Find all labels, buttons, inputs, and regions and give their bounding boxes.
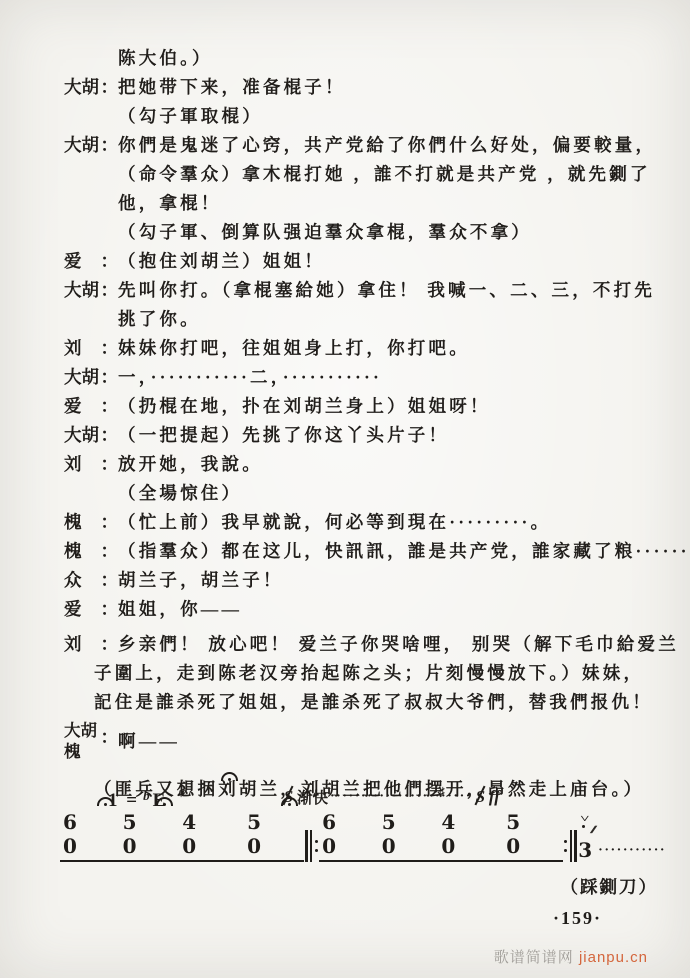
- fermata-icon: [156, 797, 173, 806]
- script-line: 他，拿棍！: [64, 189, 662, 218]
- script-line: 槐： （指羣众）都在这儿，快訊訊，誰是共产党，誰家藏了粮······: [64, 537, 662, 566]
- speaker-colon: ：: [101, 508, 119, 537]
- script-line: （勾子軍取棍）: [64, 102, 662, 131]
- note-digits: 6 0: [60, 810, 120, 862]
- trailing-dots: ···········: [598, 840, 666, 862]
- speaker-name: 刘: [64, 630, 82, 659]
- speaker-label: 槐：: [64, 508, 118, 537]
- note-group: 5 0: [244, 810, 304, 862]
- repeat-dots: [315, 830, 318, 862]
- repeat-bar: [570, 830, 572, 862]
- speaker-colon: ：: [101, 566, 119, 595]
- line-text: 他，拿棍！: [118, 189, 222, 218]
- accent-mark: >: [577, 815, 590, 821]
- script-line: 大胡： 一，···········二，···········: [64, 363, 662, 392]
- script-line: 爱： （抱住刘胡兰）姐姐！: [64, 247, 662, 276]
- speaker-label: 刘：: [64, 630, 118, 659]
- speaker-name: 众: [64, 566, 82, 595]
- script-line: 大胡： 先叫你打。（拿棍塞給她）拿住！ 我喊一、二、三，不打先: [64, 276, 662, 305]
- note-digits: 5 0: [244, 810, 304, 862]
- note-digits: 5 0: [120, 810, 180, 862]
- note-digits: 4 0: [179, 810, 244, 862]
- line-text: 子圍上，走到陈老汉旁抬起陈之头；片刻慢慢放下。）妹妹，: [94, 659, 644, 688]
- line-text: 啊——: [118, 717, 180, 765]
- line-text: 陈大伯。）: [118, 44, 213, 73]
- flat-sign: b: [143, 788, 152, 803]
- line-text: （忙上前）我早就說，何必等到現在·········。: [118, 508, 551, 537]
- octave-dot: [582, 825, 585, 828]
- repeat-bar: [305, 830, 308, 862]
- speaker-label: 大胡：: [64, 131, 118, 160]
- note-group: ♯4 0: [438, 785, 503, 862]
- note-marks: >: [580, 814, 586, 828]
- dialogue-block: 陈大伯。） 大胡： 把她带下来，准备棍子！ （勾子軍取棍） 大胡： 你們是鬼迷了…: [64, 44, 662, 804]
- script-line: 記住是誰杀死了姐姐，是誰杀死了叔叔大爷們，替我們报仇！: [64, 688, 662, 717]
- script-line: 刘： 妹妹你打吧，往姐姐身上打，你打吧。: [64, 334, 662, 363]
- line-text: 把她带下来，准备棍子！: [118, 73, 346, 102]
- script-line: 众： 胡兰子，胡兰子！: [64, 566, 662, 595]
- line-text: 乡亲們！ 放心吧！ 爱兰子你哭啥哩， 别哭（解下毛巾給爱兰: [118, 630, 679, 659]
- watermark-site: 歌谱简谱网: [494, 949, 574, 966]
- repeat-dots: [564, 830, 567, 862]
- sharp-sign: ♯: [179, 785, 185, 799]
- note-digits: 6 0: [319, 810, 379, 862]
- speaker-name: 大胡: [64, 363, 99, 392]
- line-text: 一，···········二，···········: [118, 363, 382, 392]
- line-text: （一把提起）先挑了你这丫头片子！: [118, 421, 449, 450]
- note-group: ♯4 0: [179, 785, 244, 862]
- speaker-name: 爱: [64, 247, 82, 276]
- speaker-colon: ：: [101, 131, 119, 160]
- speaker-colon: ：: [101, 595, 119, 624]
- page-number: ·159·: [553, 908, 602, 929]
- note-digits: 4 0: [438, 810, 503, 862]
- speaker-colon: ：: [101, 276, 119, 305]
- speaker-name: 爱: [64, 392, 82, 421]
- speaker-name: 大胡: [64, 276, 99, 305]
- script-line: 大胡： 把她带下来，准备棍子！: [64, 73, 662, 102]
- script-line: 槐： （忙上前）我早就說，何必等到現在·········。: [64, 508, 662, 537]
- watermark: 歌谱简谱网 jianpu.cn: [494, 946, 648, 967]
- speaker-label: 爱：: [64, 595, 118, 624]
- script-line: 大胡： 你們是鬼迷了心窍，共产党給了你們什么好处，偏要較量，: [64, 131, 662, 160]
- line-text: 先叫你打。（拿棍塞給她）拿住！ 我喊一、二、三，不打先: [118, 276, 655, 305]
- speaker-colon: ：: [101, 421, 119, 450]
- speaker-label: 槐：: [64, 537, 118, 566]
- note-group: 5 0: [503, 810, 563, 862]
- script-line: 大胡： （一把提起）先挑了你这丫头片子！: [64, 421, 662, 450]
- accel-label: 渐快: [297, 786, 328, 808]
- line-text: （勾子軍取棍）: [118, 102, 263, 131]
- speaker-colon: ：: [101, 713, 119, 761]
- script-line: 刘： 乡亲們！ 放心吧！ 爱兰子你哭啥哩， 别哭（解下毛巾給爱兰: [64, 630, 662, 659]
- note-group: 5 0: [120, 810, 180, 862]
- line-text: （扔棍在地，扑在刘胡兰身上）姐姐呀！: [118, 392, 491, 421]
- speaker-colon: ：: [101, 334, 119, 363]
- script-line: 大胡槐： 啊——: [64, 717, 662, 765]
- notes-row: 6 05 0♯4 05 06 05 0♯4 05 03>////········…: [60, 816, 666, 862]
- line-text: （抱住刘胡兰）姐姐！: [118, 247, 325, 276]
- music-stage-direction: （踩鍘刀）: [561, 874, 659, 899]
- line-text: （全場惊住）: [118, 479, 242, 508]
- script-line: 挑了你。: [64, 305, 662, 334]
- repeat-bar: [310, 830, 312, 862]
- note-group: 6 0: [60, 810, 120, 862]
- tremolo-mark: ////: [590, 824, 594, 836]
- line-text: 挑了你。: [118, 305, 201, 334]
- repeat-bar: [574, 830, 577, 862]
- speaker-label: 大胡：: [64, 276, 118, 305]
- speaker-colon: ：: [101, 363, 119, 392]
- line-text: 妹妹你打吧，往姐姐身上打，你打吧。: [118, 334, 470, 363]
- line-text: （命令羣众）拿木棍打她 ，誰不打就是共产党 ，就先鍘了: [118, 160, 651, 189]
- speaker-name: 槐: [64, 508, 82, 537]
- repeat-begin-sign: [305, 830, 318, 862]
- script-line: 子圍上，走到陈老汉旁抬起陈之头；片刻慢慢放下。）妹妹，: [64, 659, 662, 688]
- scanned-script-page: 陈大伯。） 大胡： 把她带下来，准备棍子！ （勾子軍取棍） 大胡： 你們是鬼迷了…: [0, 0, 690, 978]
- speaker-name: 大胡: [64, 421, 99, 450]
- speaker-name: 槐: [64, 537, 82, 566]
- speaker-label: 大胡：: [64, 363, 118, 392]
- script-line: 爱： （扔棍在地，扑在刘胡兰身上）姐姐呀！: [64, 392, 662, 421]
- speaker-name: 刘: [64, 450, 82, 479]
- script-line: 陈大伯。）: [64, 44, 662, 73]
- watermark-url: jianpu.cn: [579, 949, 648, 966]
- script-line: （全場惊住）: [64, 479, 662, 508]
- speaker-colon: ：: [101, 247, 119, 276]
- script-line: （勾子軍、倒算队强迫羣众拿棍，羣众不拿）: [64, 218, 662, 247]
- repeat-end-sign: [564, 830, 577, 862]
- speaker-colon: ：: [101, 537, 119, 566]
- speaker-colon: ：: [101, 450, 119, 479]
- script-line: 刘： 放开她，我說。: [64, 450, 662, 479]
- line-text: （指羣众）都在这儿，快訊訊，誰是共产党，誰家藏了粮······: [118, 537, 690, 566]
- fermata-icon: [221, 772, 238, 781]
- line-text: 你們是鬼迷了心窍，共产党給了你們什么好处，偏要較量，: [118, 131, 656, 160]
- speaker-name: 大胡: [64, 73, 99, 102]
- speaker-label: 众：: [64, 566, 118, 595]
- speaker-label: 刘：: [64, 450, 118, 479]
- note-digits: 5 0: [379, 810, 439, 862]
- speaker-colon: ：: [101, 630, 119, 659]
- speaker-name: 爱: [64, 595, 82, 624]
- line-text: 姐姐，你——: [118, 595, 242, 624]
- note-group: 6 0: [319, 810, 379, 862]
- speaker-label: 爱：: [64, 247, 118, 276]
- speaker-colon: ：: [101, 392, 119, 421]
- speaker-name: 刘: [64, 334, 82, 363]
- speaker-colon: ：: [101, 73, 119, 102]
- line-text: 放开她，我說。: [118, 450, 263, 479]
- line-text: 記住是誰杀死了姐姐，是誰杀死了叔叔大爷們，替我們报仇！: [94, 688, 653, 717]
- speaker-name: 大胡: [64, 131, 99, 160]
- line-text: （勾子軍、倒算队强迫羣众拿棍，羣众不拿）: [118, 218, 532, 247]
- speaker-label: 大胡：: [64, 421, 118, 450]
- fermata-icon: [281, 797, 298, 806]
- script-line: （命令羣众）拿木棍打她 ，誰不打就是共产党 ，就先鍘了: [64, 160, 662, 189]
- line-text: 胡兰子，胡兰子！: [118, 566, 284, 595]
- speaker-label: 大胡槐：: [64, 720, 118, 762]
- final-note: 3>////···········: [578, 838, 666, 862]
- note-digit: 3: [578, 838, 592, 862]
- note-group: 5 0: [379, 810, 439, 862]
- sharp-sign: ♯: [438, 785, 444, 799]
- script-line: 爱： 姐姐，你——: [64, 595, 662, 624]
- music-notation: 1 =bE S 渐快 ······················· S ff …: [60, 782, 666, 904]
- speaker-label: 刘：: [64, 334, 118, 363]
- note-digits: 5 0: [503, 810, 563, 862]
- speaker-label: 大胡：: [64, 73, 118, 102]
- speaker-label: 爱：: [64, 392, 118, 421]
- fermata-icon: [97, 797, 114, 806]
